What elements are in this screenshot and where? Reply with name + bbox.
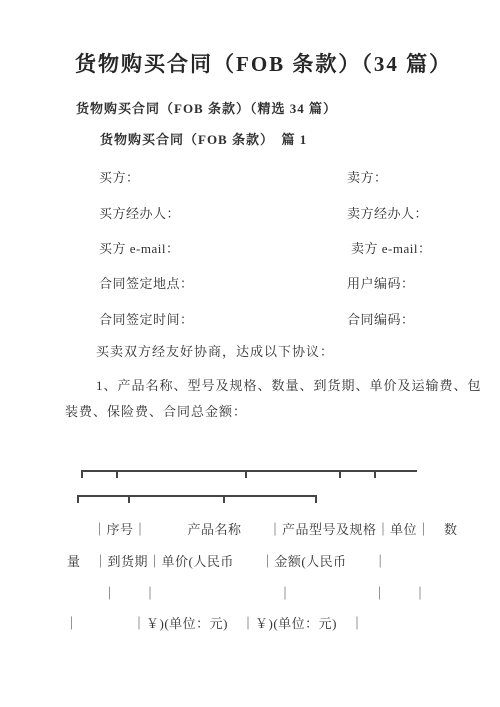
tick — [223, 497, 225, 503]
user-code-label: 用户编码： — [347, 276, 415, 292]
buyer-email-label: 买方 e-mail： — [99, 241, 179, 257]
contract-code-label: 合同编码： — [347, 312, 415, 328]
tick — [245, 472, 247, 478]
tick — [81, 472, 83, 478]
document-page: 货物购买合同（FOB 条款）（34 篇） 货物购买合同（FOB 条款）（精选 3… — [0, 0, 500, 707]
clause-1-line-2: 装费、保险费、合同总金额： — [65, 404, 247, 420]
table-row-line-2: ｜ ｜￥)(单位：元) ｜￥)(单位：元) ｜ — [65, 616, 364, 632]
tick — [374, 472, 376, 478]
tick — [128, 497, 130, 503]
section-heading: 货物购买合同（FOB 条款） 篇 1 — [100, 132, 307, 148]
table-row-line-1: ｜ ｜ ｜ ｜ ｜ — [103, 586, 427, 602]
tick — [315, 497, 317, 503]
seller-agent-label: 卖方经办人： — [347, 206, 428, 222]
tick — [77, 497, 79, 503]
seller-email-label: 卖方 e-mail： — [351, 241, 431, 257]
table-header-line-2: 量 ｜到货期｜单价(人民币 ｜金额(人民币 ｜ — [67, 554, 387, 570]
buyer-label: 买方： — [99, 170, 140, 186]
page-title: 货物购买合同（FOB 条款）（34 篇） — [75, 56, 452, 72]
tick — [116, 472, 118, 478]
table-header-line-1: ｜序号｜ 产品名称 ｜产品型号及规格｜单位｜ 数 — [93, 522, 458, 538]
doc-subtitle: 货物购买合同（FOB 条款）（精选 34 篇） — [76, 101, 337, 117]
seller-label: 卖方： — [347, 170, 388, 186]
table-top-border-2 — [77, 495, 317, 497]
agreement-paragraph: 买卖双方经友好协商，达成以下协议： — [96, 344, 334, 360]
buyer-agent-label: 买方经办人： — [99, 206, 180, 222]
table-top-border-1 — [81, 470, 417, 472]
clause-1-line-1: 1、产品名称、型号及规格、数量、到货期、单价及运输费、包 — [96, 378, 482, 394]
tick — [339, 472, 341, 478]
contract-sign-place-label: 合同签定地点： — [99, 276, 194, 292]
contract-sign-time-label: 合同签定时间： — [99, 312, 194, 328]
